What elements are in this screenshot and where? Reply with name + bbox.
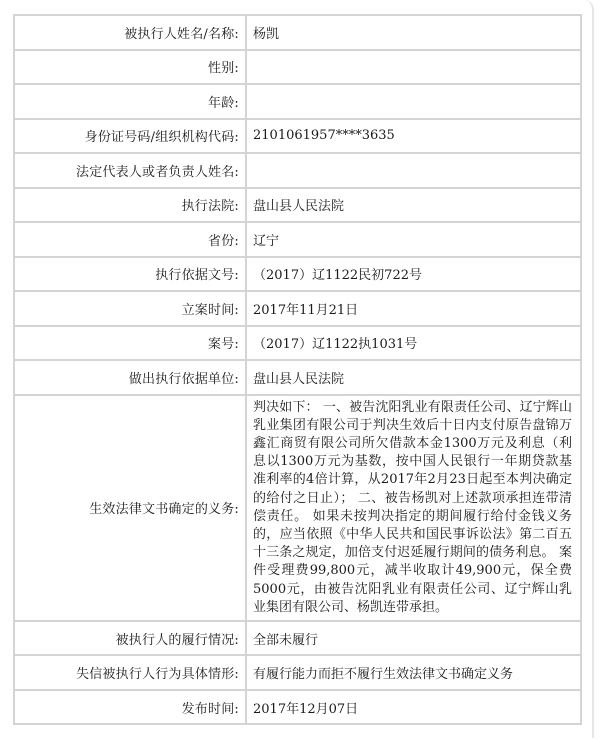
value-basis-document-number: （2017）辽1122民初722号 (246, 257, 581, 292)
value-debtor-name: 杨凯 (246, 15, 581, 50)
label-gender: 性别: (14, 50, 246, 85)
value-id-number: 2101061957****3635 (246, 119, 581, 154)
label-legal-representative: 法定代表人或者负责人姓名: (14, 153, 246, 188)
label-obligations: 生效法律文书确定的义务: (14, 395, 246, 621)
value-gender (246, 50, 581, 85)
value-executing-court: 盘山县人民法院 (246, 188, 581, 223)
value-age (246, 84, 581, 119)
row-obligations: 生效法律文书确定的义务: 判决如下： 一、被告沈阳乳业有限责任公司、辽宁辉山乳业… (14, 395, 581, 621)
row-case-number: 案号: （2017）辽1122执1031号 (14, 326, 581, 361)
label-dishonest-behavior: 失信被执行人行为具体情形: (14, 655, 246, 690)
row-performance-status: 被执行人的履行情况: 全部未履行 (14, 621, 581, 656)
label-province: 省份: (14, 222, 246, 257)
row-age: 年龄: (14, 84, 581, 119)
dishonest-debtor-record-table: 被执行人姓名/名称: 杨凯 性别: 年龄: 身份证号码/组织机构代码: 2101… (13, 14, 582, 725)
label-age: 年龄: (14, 84, 246, 119)
row-id-number: 身份证号码/组织机构代码: 2101061957****3635 (14, 119, 581, 154)
row-executing-court: 执行法院: 盘山县人民法院 (14, 188, 581, 223)
label-issuing-unit: 做出执行依据单位: (14, 360, 246, 395)
label-basis-document-number: 执行依据文号: (14, 257, 246, 292)
value-province: 辽宁 (246, 222, 581, 257)
row-province: 省份: 辽宁 (14, 222, 581, 257)
value-performance-status: 全部未履行 (246, 621, 581, 656)
label-performance-status: 被执行人的履行情况: (14, 621, 246, 656)
row-filing-date: 立案时间: 2017年11月21日 (14, 291, 581, 326)
row-dishonest-behavior: 失信被执行人行为具体情形: 有履行能力而拒不履行生效法律文书确定义务 (14, 655, 581, 690)
value-legal-representative (246, 153, 581, 188)
label-filing-date: 立案时间: (14, 291, 246, 326)
label-executing-court: 执行法院: (14, 188, 246, 223)
row-issuing-unit: 做出执行依据单位: 盘山县人民法院 (14, 360, 581, 395)
row-publish-date: 发布时间: 2017年12月07日 (14, 690, 581, 725)
label-case-number: 案号: (14, 326, 246, 361)
row-debtor-name: 被执行人姓名/名称: 杨凯 (14, 15, 581, 50)
value-obligations: 判决如下： 一、被告沈阳乳业有限责任公司、辽宁辉山乳业集团有限公司于判决生效后十… (246, 395, 581, 621)
label-publish-date: 发布时间: (14, 690, 246, 725)
value-dishonest-behavior: 有履行能力而拒不履行生效法律文书确定义务 (246, 655, 581, 690)
value-issuing-unit: 盘山县人民法院 (246, 360, 581, 395)
row-legal-representative: 法定代表人或者负责人姓名: (14, 153, 581, 188)
label-debtor-name: 被执行人姓名/名称: (14, 15, 246, 50)
row-gender: 性别: (14, 50, 581, 85)
value-filing-date: 2017年11月21日 (246, 291, 581, 326)
row-basis-document-number: 执行依据文号: （2017）辽1122民初722号 (14, 257, 581, 292)
value-publish-date: 2017年12月07日 (246, 690, 581, 725)
label-id-number: 身份证号码/组织机构代码: (14, 119, 246, 154)
value-case-number: （2017）辽1122执1031号 (246, 326, 581, 361)
